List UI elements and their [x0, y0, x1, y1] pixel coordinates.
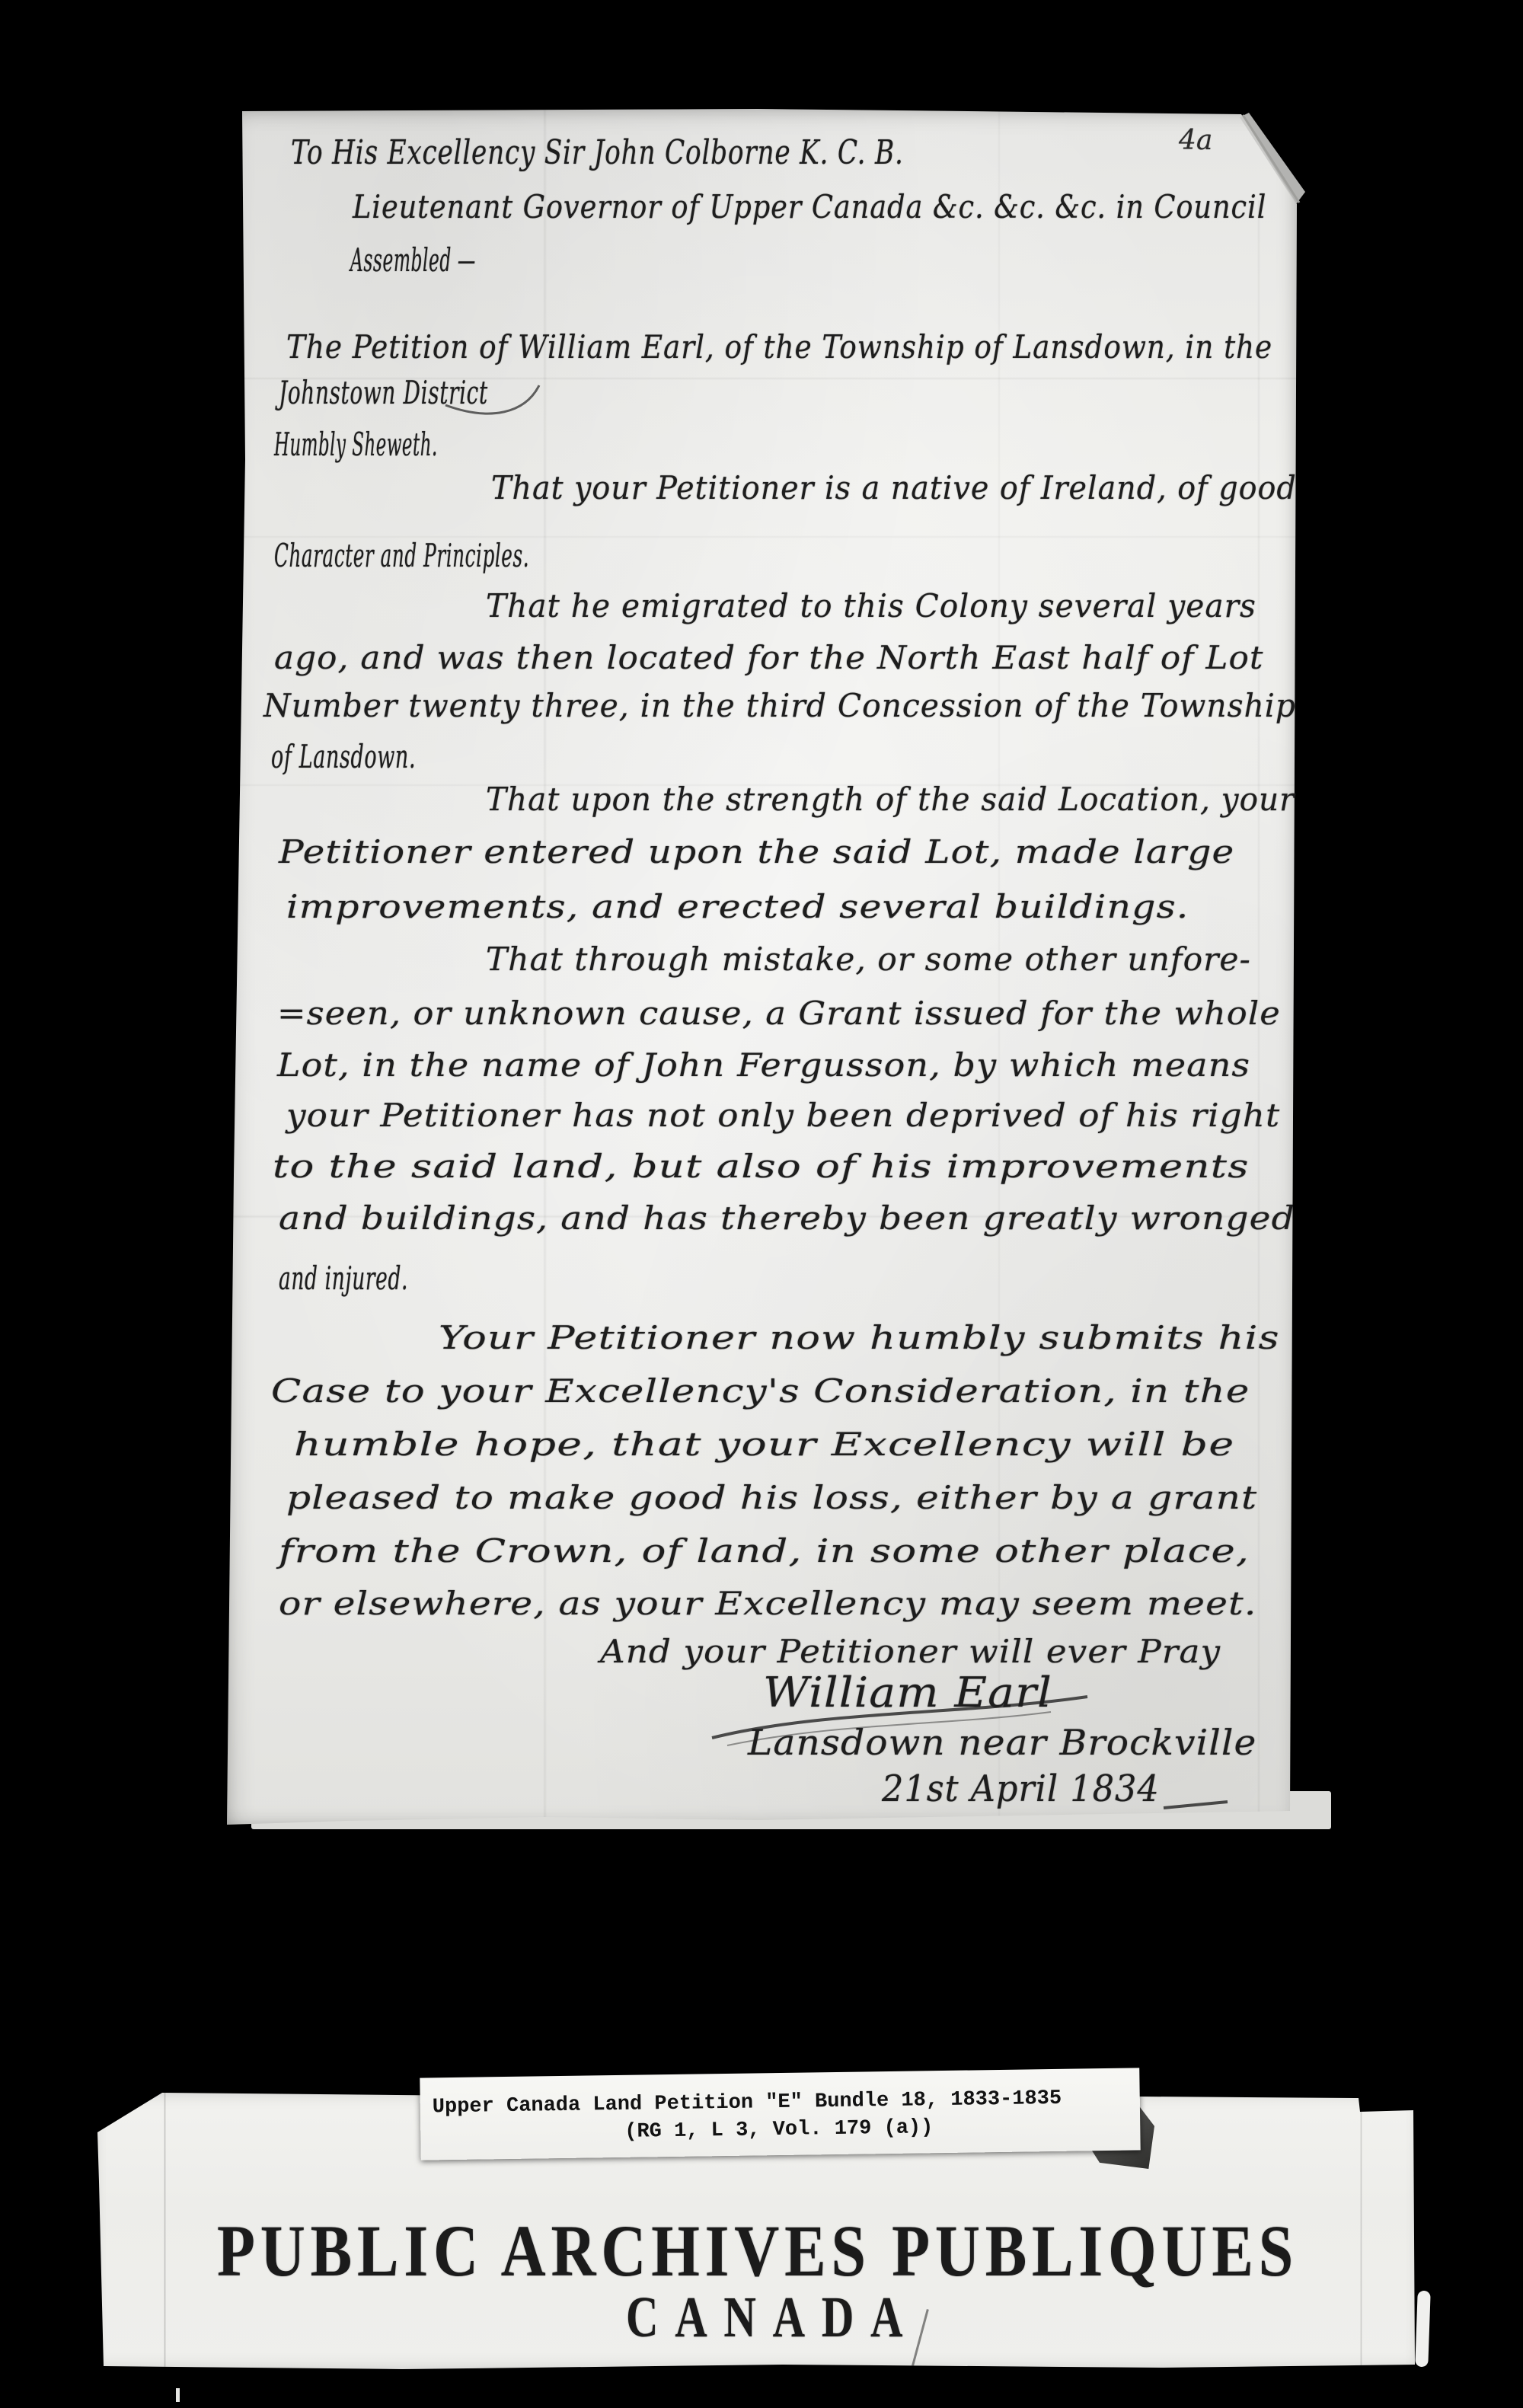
- handwritten-line: 21st April 1834: [882, 1768, 1160, 1810]
- handwritten-line: To His Excellency Sir John Colborne K. C…: [291, 134, 904, 173]
- handwritten-line: and buildings, and has thereby been grea…: [279, 1200, 1295, 1237]
- handwritten-line: improvements, and erected several buildi…: [286, 889, 1189, 925]
- handwritten-line: Your Petitioner now humbly submits his: [439, 1320, 1280, 1356]
- handwritten-line: That he emigrated to this Colony several…: [486, 588, 1256, 624]
- archival-scan: To His Excellency Sir John Colborne K. C…: [0, 0, 1523, 2408]
- handwritten-line: And your Petitioner will ever Pray: [600, 1634, 1221, 1670]
- handwritten-line: Character and Principles.: [274, 538, 529, 574]
- handwritten-line: to the said land, but also of his improv…: [273, 1148, 1250, 1185]
- reference-label-line-2: (RG 1, L 3, Vol. 179 (a)): [624, 2116, 933, 2144]
- handwritten-line: The Petition of William Earl, of the Tow…: [286, 329, 1272, 366]
- page-number-annotation: 4a: [1179, 125, 1212, 156]
- handwritten-line: =seen, or unknown cause, a Grant issued …: [277, 995, 1281, 1032]
- reference-label-line-1: Upper Canada Land Petition "E" Bundle 18…: [433, 2087, 1062, 2119]
- handwritten-line: That upon the strength of the said Locat…: [486, 781, 1295, 818]
- handwritten-line: humble hope, that your Excellency will b…: [294, 1426, 1234, 1463]
- handwritten-line: Lieutenant Governor of Upper Canada &c. …: [353, 189, 1266, 225]
- handwritten-line: from the Crown, of land, in some other p…: [279, 1533, 1250, 1570]
- handwritten-line: That through mistake, or some other unfo…: [486, 941, 1251, 978]
- banner-subtitle: CANADA: [626, 2285, 919, 2351]
- handwritten-line: or elsewhere, as your Excellency may see…: [279, 1586, 1257, 1622]
- handwritten-line: Lot, in the name of John Fergusson, by w…: [277, 1047, 1250, 1084]
- handwritten-line: Assembled —: [350, 242, 476, 279]
- handwritten-line: of Lansdown.: [271, 739, 416, 775]
- handwritten-line: Number twenty three, in the third Conces…: [263, 688, 1296, 724]
- handwritten-lines: To His Excellency Sir John Colborne K. C…: [0, 0, 1523, 2408]
- handwritten-line: William Earl: [763, 1669, 1052, 1717]
- reference-label: Upper Canada Land Petition "E" Bundle 18…: [420, 2068, 1140, 2160]
- handwritten-line: Johnstown District: [279, 375, 488, 411]
- banner-title: PUBLIC ARCHIVES PUBLIQUES: [217, 2208, 1298, 2293]
- handwritten-line: ago, and was then located for the North …: [274, 640, 1263, 676]
- handwritten-line: Petitioner entered upon the said Lot, ma…: [279, 834, 1234, 870]
- handwritten-line: Lansdown near Brockville: [748, 1723, 1256, 1763]
- handwritten-line: and injured.: [279, 1260, 408, 1297]
- handwritten-line: your Petitioner has not only been depriv…: [286, 1097, 1280, 1134]
- handwritten-line: Humbly Sheweth.: [274, 426, 438, 463]
- handwritten-line: That your Petitioner is a native of Irel…: [491, 470, 1297, 506]
- handwritten-line: pleased to make good his loss, either by…: [286, 1480, 1257, 1516]
- handwritten-line: Case to your Excellency's Consideration,…: [271, 1373, 1250, 1410]
